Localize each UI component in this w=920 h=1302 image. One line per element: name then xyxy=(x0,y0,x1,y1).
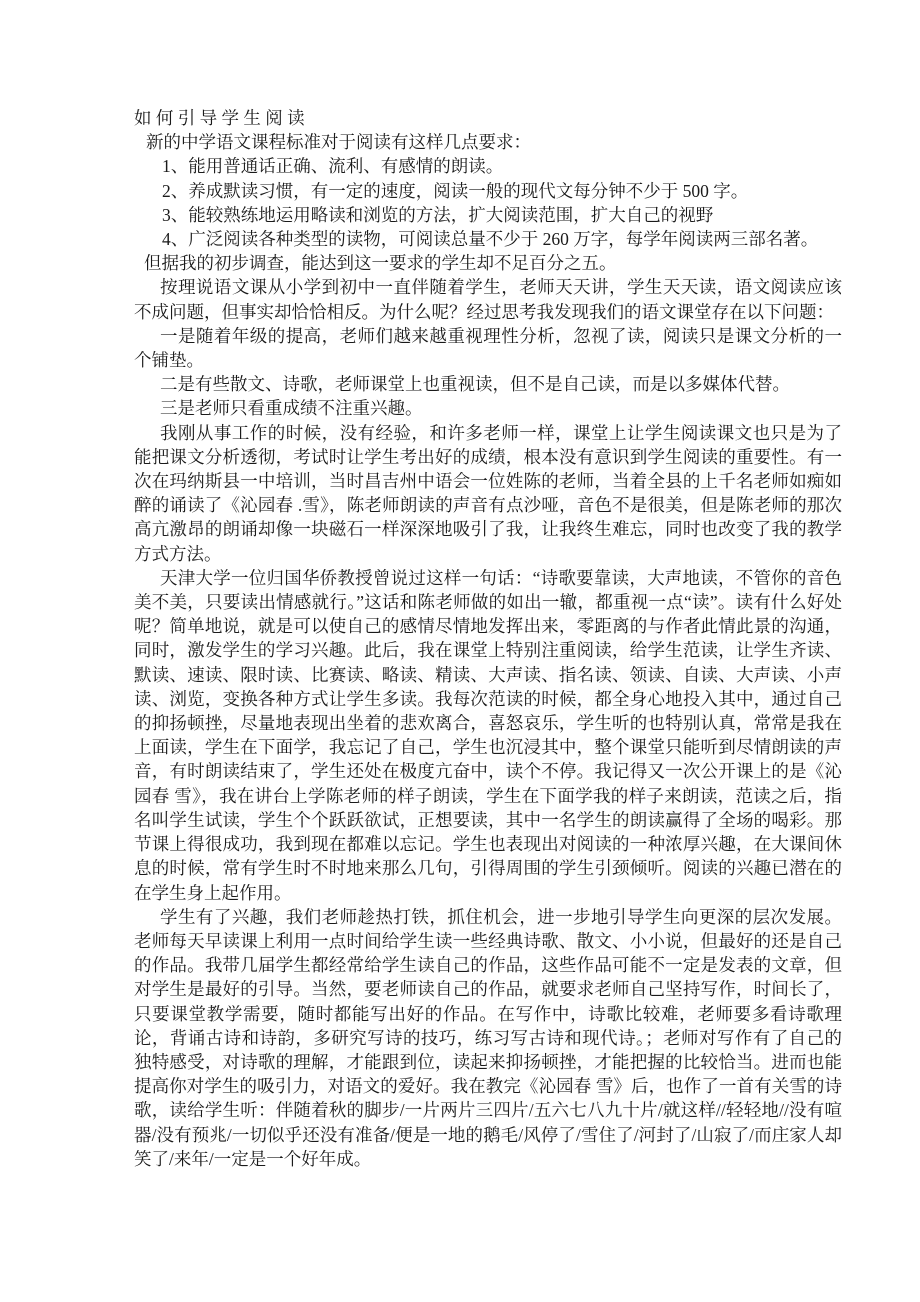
paragraph: 1、能用普通话正确、流利、有感情的朗读。 xyxy=(134,154,842,178)
paragraph: 我刚从事工作的时候，没有经验，和许多老师一样，课堂上让学生阅读课文也只是为了能把… xyxy=(134,421,842,566)
paragraph: 4、广泛阅读各种类型的读物，可阅读总量不少于 260 万字，每学年阅读两三部名著… xyxy=(134,227,842,251)
paragraph: 但据我的初步调查，能达到这一要求的学生却不足百分之五。 xyxy=(134,251,842,275)
paragraph: 2、养成默读习惯，有一定的速度，阅读一般的现代文每分钟不少于 500 字。 xyxy=(134,179,842,203)
document-body: 新的中学语文课程标准对于阅读有这样几点要求：1、能用普通话正确、流利、有感情的朗… xyxy=(134,130,842,1171)
paragraph: 二是有些散文、诗歌，老师课堂上也重视读，但不是自己读，而是以多媒体代替。 xyxy=(134,372,842,396)
paragraph: 学生有了兴趣，我们老师趁热打铁，抓住机会，进一步地引导学生向更深的层次发展。老师… xyxy=(134,905,842,1171)
paragraph: 天津大学一位归国华侨教授曾说过这样一句话：“诗歌要靠读，大声地读，不管你的音色美… xyxy=(134,566,842,905)
paragraph: 新的中学语文课程标准对于阅读有这样几点要求： xyxy=(134,130,842,154)
document-title: 如 何 引 导 学 生 阅 读 xyxy=(134,106,842,130)
paragraph: 一是随着年级的提高，老师们越来越重视理性分析，忽视了读，阅读只是课文分析的一个铺… xyxy=(134,324,842,372)
paragraph: 3、能较熟练地运用略读和浏览的方法，扩大阅读范围，扩大自己的视野 xyxy=(134,203,842,227)
paragraph: 按理说语文课从小学到初中一直伴随着学生，老师天天讲，学生天天读，语文阅读应该不成… xyxy=(134,275,842,323)
document-page: 如 何 引 导 学 生 阅 读 新的中学语文课程标准对于阅读有这样几点要求：1、… xyxy=(0,0,920,1302)
paragraph: 三是老师只看重成绩不注重兴趣。 xyxy=(134,396,842,420)
